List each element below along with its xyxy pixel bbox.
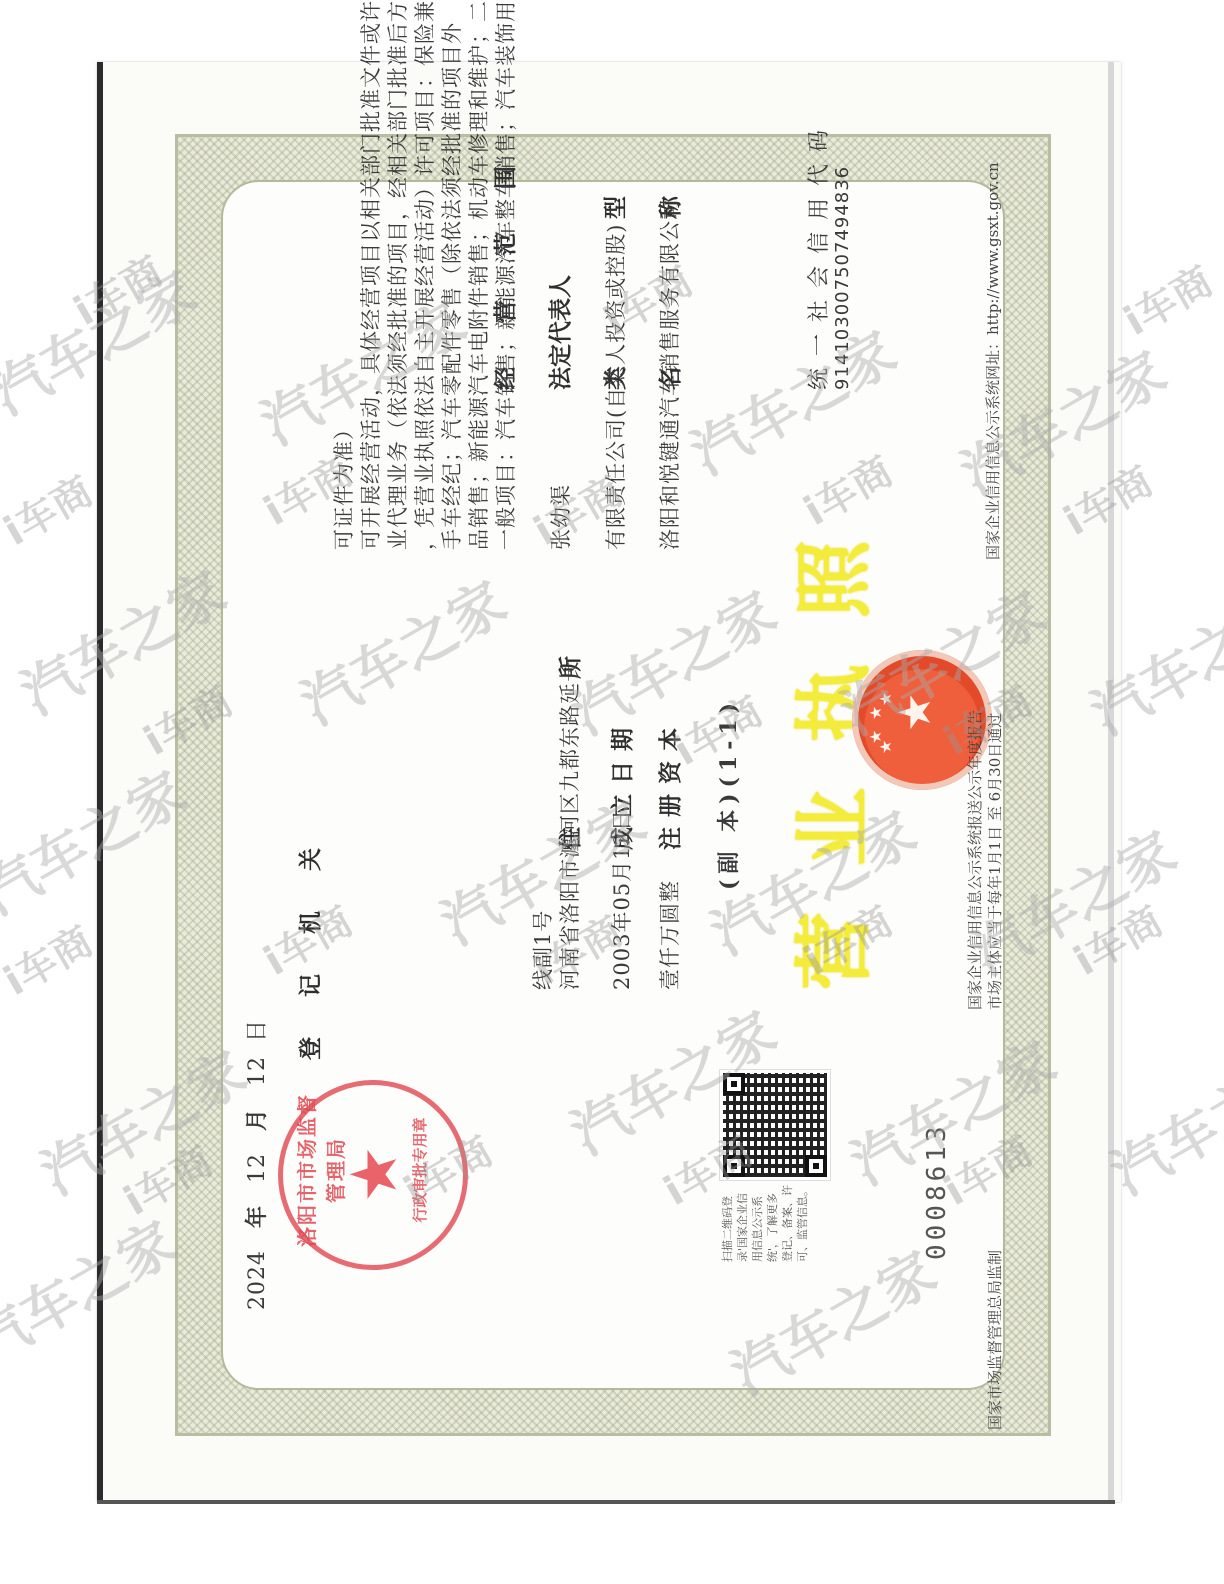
scope-line: 可开展经营活动，具体经营项目以相关部门批准文件或许 <box>355 0 385 550</box>
address-line: 线副1号 <box>527 910 557 990</box>
date-month: 12 <box>245 1153 270 1183</box>
established-value: 2003年05月12日 <box>606 809 636 990</box>
capital-value: 壹仟万圆整 <box>654 880 684 990</box>
paper-edge <box>1108 62 1114 1502</box>
date-year-char: 年 <box>244 1205 270 1228</box>
watermark: i车商 <box>0 460 102 556</box>
qr-code[interactable] <box>720 1070 830 1180</box>
legal-rep-value: 张幼渠 <box>545 484 575 550</box>
company-name: 洛阳和悦键通汽车销售服务有限公司 <box>654 198 684 550</box>
date-month-char: 月 <box>244 1108 270 1131</box>
qr-caption: 扫描二维码登录'国家企业信用信息公示系统'，了解更多登记、备案、许可、监管信息。 <box>720 1182 810 1262</box>
license-content: 统一社会信用代码 914103007507494836 营业执照 (副 本)(1… <box>212 190 1012 1390</box>
issuer-note: 国家市场监督管理总局监制 <box>984 1250 1005 1430</box>
uscc-value: 914103007507494836 <box>832 166 853 390</box>
copy-label: (副 本)(1-1) <box>712 697 743 890</box>
scope-line: 品销售；新能源汽车电附件销售；机动车修理和维护；二 <box>463 0 493 550</box>
capital-label: 注册资本 <box>652 718 685 850</box>
company-type: 有限责任公司(自然人投资或控股) <box>600 224 630 550</box>
scope-line: 手车经纪；汽车零配件零售（除依法须经批准的项目外 <box>436 22 466 550</box>
scope-line: 一般项目：汽车销售；新能源汽车整车销售；汽车装饰用 <box>490 0 520 550</box>
scope-line: 业代理业务（依法须经批准的项目，经相关部门批准后方 <box>382 0 412 550</box>
website-note: 国家企业信用信息公示系统网址：http://www.gsxt.gov.cn <box>982 162 1003 560</box>
legal-rep-label: 法定代表人 <box>542 275 575 390</box>
uscc-label: 统一社会信用代码 <box>802 118 833 390</box>
address-line: 河南省洛阳市瀍河区九都东路延长 <box>554 660 584 990</box>
annual-report-note: 国家企业信用信息公示系统报送公示年度报告 <box>964 710 985 1010</box>
registration-date: 2024 年 12 月 12 日 <box>240 1019 271 1310</box>
authority-label: 登 记 机 关 <box>292 832 325 1060</box>
scope-line: 可证件为准） <box>328 418 358 550</box>
date-day-char: 日 <box>245 1019 270 1042</box>
watermark: i车商 <box>0 910 102 1006</box>
paper-edge-bottom <box>97 1500 1115 1504</box>
annual-report-note: 市场主体应当于每年1月1日 至 6月30日通过 <box>984 713 1005 1010</box>
date-year: 2024 <box>245 1250 270 1310</box>
serial-number: 0008613 <box>922 1122 952 1260</box>
seal-star-icon: ★ <box>338 1146 412 1203</box>
scope-line: ，凭营业执照依法自主开展经营活动）许可项目：保险兼 <box>409 0 439 550</box>
seal-subtext: 行政审批专用章 <box>409 1085 430 1255</box>
official-seal: 洛阳市市场监督管理局 ★ 行政审批专用章 <box>278 1080 468 1270</box>
watermark: i车商 <box>1112 250 1222 346</box>
date-day: 12 <box>245 1056 270 1086</box>
